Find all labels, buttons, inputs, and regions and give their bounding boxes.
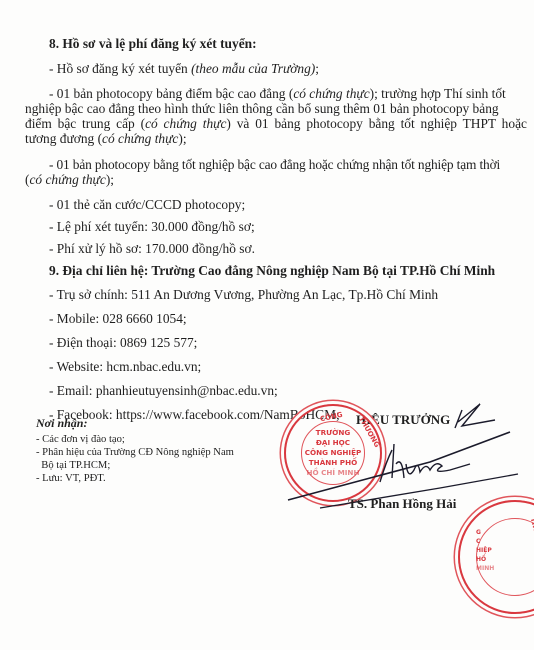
item-text: - Hồ sơ đăng ký xét tuyển [49, 61, 191, 76]
recipient-item: - Phân hiệu của Trường CĐ Nông nghiệp Na… [36, 446, 234, 459]
section-9-heading: 9. Địa chỉ liên hệ: Trường Cao đẳng Nông… [49, 263, 495, 279]
item-italic: có chứng thực [293, 86, 369, 101]
item-italic: có chứng thực [102, 131, 178, 146]
item-italic: (theo mẫu của Trường) [191, 61, 315, 76]
item-text: - 01 bản photocopy bảng điểm bậc cao đẳn… [49, 86, 293, 101]
section-8-item-2-line-1: - 01 bản photocopy bảng điểm bậc cao đẳn… [49, 86, 506, 102]
signatory-name: TS. Phan Hồng Hải [348, 496, 456, 512]
stamp-line: G [476, 528, 506, 537]
item-suffix: ; [315, 61, 319, 76]
section-8-item-1: - Hồ sơ đăng ký xét tuyển (theo mẫu của … [49, 61, 319, 77]
contact-website: - Website: hcm.nbac.edu.vn; [49, 359, 201, 375]
section-8-item-3-line-1: - 01 bản photocopy bằng tốt nghiệp bậc c… [49, 157, 500, 173]
section-8-item-2-line-2: nghiệp bậc cao đẳng theo hình thức liên … [25, 101, 485, 117]
recipient-item: - Lưu: VT, PĐT. [36, 472, 106, 485]
item-text: tương đương ( [25, 131, 102, 146]
section-8-item-4: - 01 thẻ căn cước/CCCD photocopy; [49, 197, 245, 213]
section-8-item-2-line-4: tương đương (có chứng thực); [25, 131, 187, 147]
partial-stamp: TRƯỜNG G C HIỆP HỒ MINH [458, 500, 534, 614]
document-page: 8. Hồ sơ và lệ phí đăng ký xét tuyển: - … [0, 0, 534, 650]
item-text: điểm bậc trung cấp ( [25, 116, 145, 131]
item-text: ); [178, 131, 186, 146]
item-italic: có chứng thực [29, 172, 105, 187]
contact-phone: - Điện thoại: 0869 125 577; [49, 335, 197, 351]
recipients-title: Nơi nhận: [36, 415, 87, 431]
item-text: ) và 01 bảng photocopy bằng tốt nghiệp T… [226, 116, 527, 131]
section-8-heading: 8. Hồ sơ và lệ phí đăng ký xét tuyển: [49, 36, 257, 52]
stamp-line: C [476, 537, 506, 546]
section-8-item-3-line-2: (có chứng thực); [25, 172, 114, 188]
section-8-item-6: - Phí xử lý hồ sơ: 170.000 đồng/hồ sơ. [49, 241, 255, 257]
stamp-center-text: G C HIỆP HỒ MINH [476, 528, 506, 573]
item-italic: có chứng thực [145, 116, 226, 131]
recipient-item: Bộ tại TP.HCM; [36, 459, 110, 472]
recipient-item: - Các đơn vị đào tạo; [36, 433, 125, 446]
contact-email: - Email: phanhieutuyensinh@nbac.edu.vn; [49, 383, 278, 399]
stamp-line: MINH [476, 564, 506, 573]
section-8-item-5: - Lệ phí xét tuyển: 30.000 đồng/hồ sơ; [49, 219, 255, 235]
item-text: ); trường hợp Thí sinh tốt [370, 86, 506, 101]
section-8-item-2-line-3: điểm bậc trung cấp (có chứng thực) và 01… [25, 116, 485, 132]
stamp-line: HIỆP [476, 546, 506, 555]
contact-mobile: - Mobile: 028 6660 1054; [49, 311, 187, 327]
stamp-line: HỒ [476, 555, 506, 564]
contact-address: - Trụ sở chính: 511 An Dương Vương, Phườ… [49, 287, 438, 303]
signature-scribble [280, 400, 520, 510]
item-text: ); [106, 172, 114, 187]
